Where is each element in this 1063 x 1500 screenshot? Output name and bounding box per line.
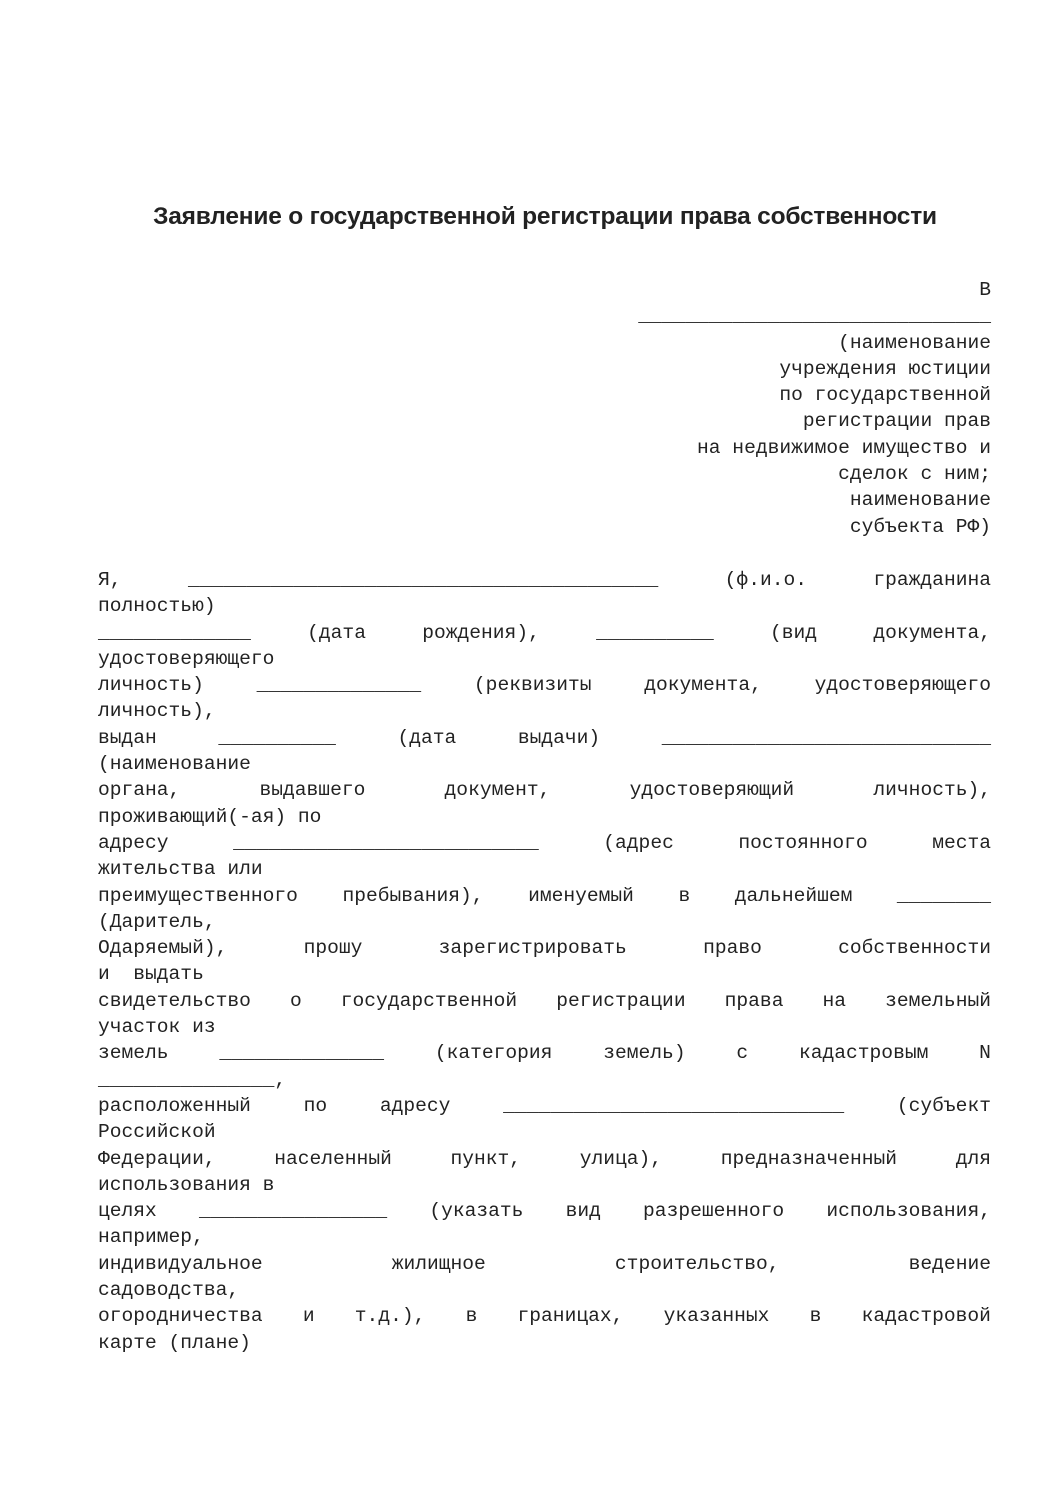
body-word: постоянного bbox=[738, 830, 867, 856]
body-word: садоводства, bbox=[98, 1277, 239, 1303]
body-word: (дата bbox=[398, 725, 457, 751]
body-word: удостоверяющего bbox=[815, 672, 991, 698]
document-title: Заявление о государственной регистрации … bbox=[0, 203, 1063, 231]
body-word: прошу bbox=[304, 935, 363, 961]
body-word: жилищное bbox=[392, 1251, 486, 1277]
body-word: целях bbox=[98, 1198, 157, 1224]
body-word: для bbox=[956, 1146, 991, 1172]
body-word: личность), bbox=[98, 698, 216, 724]
blank-field[interactable]: ____________________________ bbox=[662, 725, 991, 751]
body-word: именуемый bbox=[528, 883, 634, 909]
blank-field[interactable]: ________ bbox=[897, 883, 991, 909]
addressee-line: наименование bbox=[638, 487, 991, 513]
body-word: ведение bbox=[909, 1251, 991, 1277]
addressee-line: субъекта РФ) bbox=[638, 514, 991, 540]
body-line: _____________(датарождения),__________(в… bbox=[98, 620, 991, 646]
body-word: (адрес bbox=[603, 830, 674, 856]
blank-field[interactable]: ______________ bbox=[257, 672, 422, 698]
body-word: кадастровым bbox=[799, 1040, 928, 1066]
body-line: целях________________(указатьвидразрешен… bbox=[98, 1198, 991, 1224]
body-line: удостоверяющего bbox=[98, 646, 991, 672]
body-word: строительство, bbox=[615, 1251, 780, 1277]
body-word: земельный bbox=[885, 988, 991, 1014]
body-line: Я,______________________________________… bbox=[98, 567, 991, 593]
body-word: улица), bbox=[580, 1146, 662, 1172]
body-word: использования, bbox=[826, 1198, 991, 1224]
body-word: N bbox=[979, 1040, 991, 1066]
body-line: садоводства, bbox=[98, 1277, 991, 1303]
body-word: пункт, bbox=[451, 1146, 522, 1172]
body-word: в bbox=[678, 883, 690, 909]
body-line: Одаряемый),прошузарегистрироватьправособ… bbox=[98, 935, 991, 961]
body-word: индивидуальное bbox=[98, 1251, 263, 1277]
body-word: (наименование bbox=[98, 751, 251, 777]
blank-field[interactable]: __________ bbox=[218, 725, 336, 751]
body-word: (вид bbox=[770, 620, 817, 646]
body-word: личность), bbox=[873, 777, 991, 803]
body-word: документа, bbox=[873, 620, 991, 646]
body-word: дальнейшем bbox=[735, 883, 853, 909]
blank-field[interactable]: _____________ bbox=[98, 620, 251, 646]
body-word: использования в bbox=[98, 1172, 274, 1198]
body-line: жительства или bbox=[98, 856, 991, 882]
body-word: в bbox=[466, 1303, 478, 1329]
body-word: (категория bbox=[435, 1040, 553, 1066]
body-word: полностью) bbox=[98, 593, 216, 619]
body-line: например, bbox=[98, 1224, 991, 1250]
body-word: разрешенного bbox=[643, 1198, 784, 1224]
body-line: полностью) bbox=[98, 593, 991, 619]
blank-field[interactable]: __________ bbox=[596, 620, 714, 646]
body-word: права bbox=[725, 988, 784, 1014]
body-line: преимущественногопребывания),именуемыйвд… bbox=[98, 883, 991, 909]
body-line: карте (плане) bbox=[98, 1330, 991, 1356]
body-word: органа, bbox=[98, 777, 180, 803]
body-line: личность), bbox=[98, 698, 991, 724]
body-word: карте (плане) bbox=[98, 1330, 251, 1356]
body-word: и выдать bbox=[98, 961, 204, 987]
body-line: индивидуальноежилищноестроительство,веде… bbox=[98, 1251, 991, 1277]
body-word: собственности bbox=[838, 935, 991, 961]
body-word: право bbox=[703, 935, 762, 961]
addressee-line: В bbox=[638, 277, 991, 303]
body-word: жительства или bbox=[98, 856, 263, 882]
body-word: Я, bbox=[98, 567, 122, 593]
body-line: земель______________(категорияземель)ска… bbox=[98, 1040, 991, 1066]
body-word: т.д.), bbox=[355, 1303, 426, 1329]
body-line: (Даритель, bbox=[98, 909, 991, 935]
blank-field[interactable]: ________________________________________ bbox=[188, 567, 658, 593]
body-line: и выдать bbox=[98, 961, 991, 987]
body-line: _______________, bbox=[98, 1067, 991, 1093]
body-word: пребывания), bbox=[342, 883, 483, 909]
body-word: адресу bbox=[380, 1093, 451, 1119]
body-line: свидетельствоогосударственнойрегистрации… bbox=[98, 988, 991, 1014]
body-word: места bbox=[932, 830, 991, 856]
body-word: вид bbox=[566, 1198, 601, 1224]
body-word: проживающий(-ая) по bbox=[98, 804, 321, 830]
body-word: предназначенный bbox=[721, 1146, 897, 1172]
body-line: личность)______________(реквизитыдокумен… bbox=[98, 672, 991, 698]
body-word: документа, bbox=[644, 672, 762, 698]
addressee-line: регистрации прав bbox=[638, 408, 991, 434]
body-word: кадастровой bbox=[862, 1303, 991, 1329]
blank-field[interactable]: __________________________ bbox=[233, 830, 539, 856]
addressee-line: по государственной bbox=[638, 382, 991, 408]
body-word: удостоверяющий bbox=[630, 777, 795, 803]
addressee-blank-field[interactable]: ______________________________ bbox=[638, 303, 991, 329]
body-word: о bbox=[290, 988, 302, 1014]
body-word: расположенный bbox=[98, 1093, 251, 1119]
body-line: Федерации,населенныйпункт,улица),предназ… bbox=[98, 1146, 991, 1172]
blank-field[interactable]: ________________ bbox=[199, 1198, 387, 1224]
blank-field[interactable]: _____________________________ bbox=[503, 1093, 844, 1119]
body-word: удостоверяющего bbox=[98, 646, 274, 672]
addressee-line: сделок с ним; bbox=[638, 461, 991, 487]
body-line: адресу__________________________(адреспо… bbox=[98, 830, 991, 856]
body-word: и bbox=[303, 1303, 315, 1329]
body-word: (субъект bbox=[897, 1093, 991, 1119]
body-word: документ, bbox=[445, 777, 551, 803]
body-word: Одаряемый), bbox=[98, 935, 227, 961]
body-word: в bbox=[810, 1303, 822, 1329]
body-word: Российской bbox=[98, 1119, 216, 1145]
body-word: выдавшего bbox=[260, 777, 366, 803]
body-word: с bbox=[736, 1040, 748, 1066]
body-word: границах, bbox=[518, 1303, 624, 1329]
body-word: например, bbox=[98, 1224, 204, 1250]
body-word: земель bbox=[98, 1040, 169, 1066]
body-line: огородничестваит.д.),вграницах,указанных… bbox=[98, 1303, 991, 1329]
blank-field[interactable]: ______________ bbox=[219, 1040, 384, 1066]
body-word: (ф.и.о. bbox=[725, 567, 807, 593]
body-word: государственной bbox=[341, 988, 517, 1014]
body-word: по bbox=[304, 1093, 328, 1119]
body-word: (Даритель, bbox=[98, 909, 216, 935]
body-word: выдан bbox=[98, 725, 157, 751]
body-word: указанных bbox=[664, 1303, 770, 1329]
addressee-block: В______________________________(наименов… bbox=[638, 277, 991, 540]
addressee-line: учреждения юстиции bbox=[638, 356, 991, 382]
body-word: огородничества bbox=[98, 1303, 263, 1329]
body-line: (наименование bbox=[98, 751, 991, 777]
body-line: расположенныйпоадресу___________________… bbox=[98, 1093, 991, 1119]
body-word: преимущественного bbox=[98, 883, 298, 909]
application-body: Я,______________________________________… bbox=[98, 567, 991, 1356]
body-word: гражданина bbox=[873, 567, 991, 593]
body-word: свидетельство bbox=[98, 988, 251, 1014]
body-word: (указать bbox=[429, 1198, 523, 1224]
blank-field[interactable]: _______________, bbox=[98, 1067, 286, 1093]
body-word: Федерации, bbox=[98, 1146, 216, 1172]
body-line: органа,выдавшегодокумент,удостоверяющийл… bbox=[98, 777, 991, 803]
body-line: использования в bbox=[98, 1172, 991, 1198]
addressee-line: на недвижимое имущество и bbox=[638, 435, 991, 461]
body-word: земель) bbox=[603, 1040, 685, 1066]
body-word: (реквизиты bbox=[474, 672, 592, 698]
body-word: населенный bbox=[274, 1146, 392, 1172]
body-line: Российской bbox=[98, 1119, 991, 1145]
addressee-line: (наименование bbox=[638, 330, 991, 356]
body-word: зарегистрировать bbox=[439, 935, 627, 961]
body-word: адресу bbox=[98, 830, 169, 856]
body-word: на bbox=[823, 988, 847, 1014]
body-line: участок из bbox=[98, 1014, 991, 1040]
body-word: (дата bbox=[307, 620, 366, 646]
body-line: выдан__________(датавыдачи)_____________… bbox=[98, 725, 991, 751]
body-word: личность) bbox=[98, 672, 204, 698]
body-word: рождения), bbox=[422, 620, 540, 646]
body-line: проживающий(-ая) по bbox=[98, 804, 991, 830]
body-word: участок из bbox=[98, 1014, 216, 1040]
body-word: выдачи) bbox=[518, 725, 600, 751]
body-word: регистрации bbox=[556, 988, 685, 1014]
